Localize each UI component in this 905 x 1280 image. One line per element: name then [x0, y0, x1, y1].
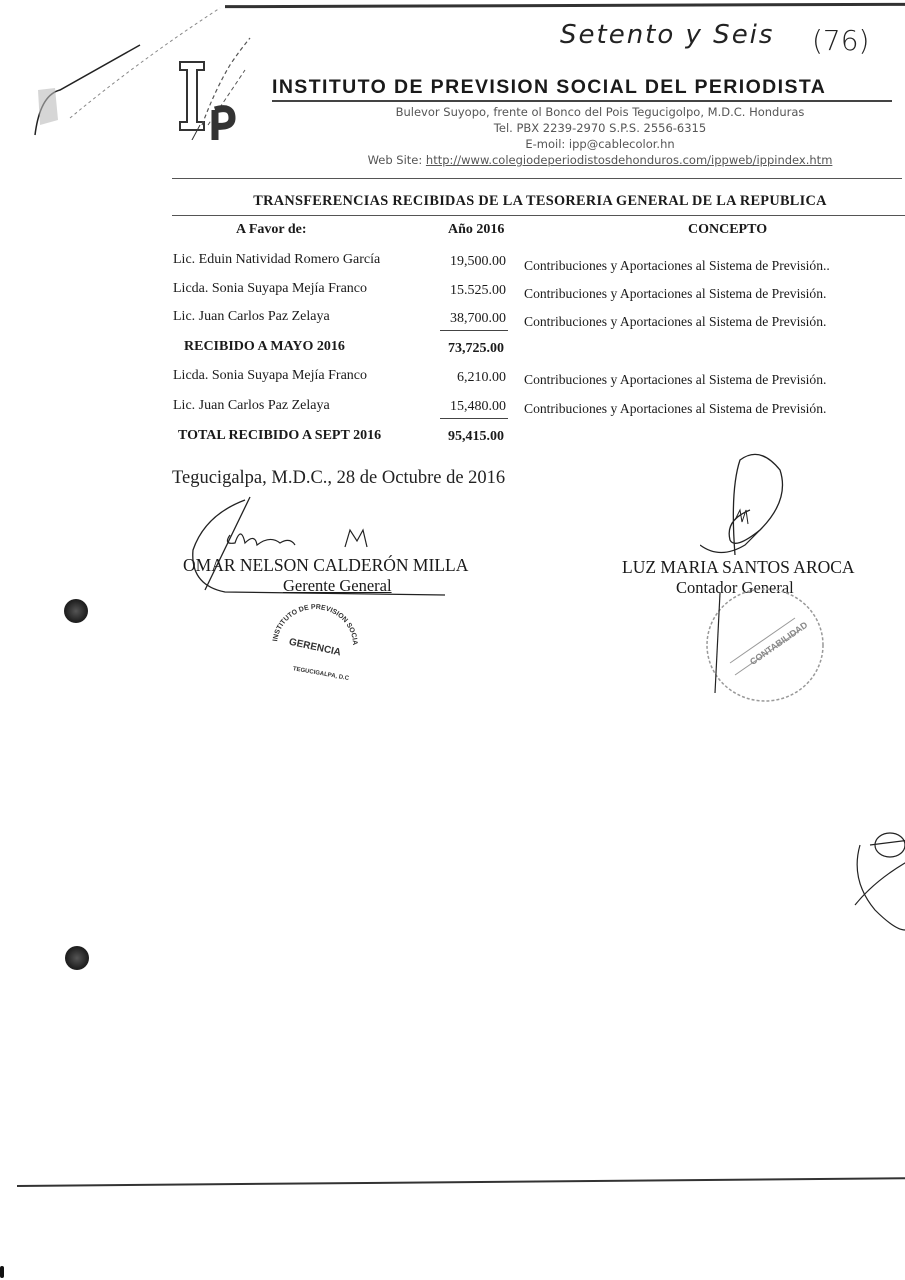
row-concept: Contribuciones y Aportaciones al Sistema…: [524, 314, 826, 330]
header-separator: [172, 178, 902, 179]
binder-hole: [65, 946, 89, 970]
svg-text:INSTITUTO DE PREVISION SOCIAL: INSTITUTO DE PREVISION SOCIAL DEL PERIOD…: [265, 600, 358, 645]
signatory-role-gerente: Gerente General: [283, 576, 392, 596]
row-amount: 19,500.00: [420, 254, 506, 270]
header-rule: [272, 100, 892, 102]
row-amount: 15,480.00: [420, 399, 506, 415]
total-amount: 95,415.00: [448, 429, 534, 445]
stamp-contabilidad: CONTABILIDAD: [700, 583, 830, 708]
row-name: Lic. Juan Carlos Paz Zelaya: [173, 309, 330, 325]
footer-rule: [17, 1177, 905, 1187]
subtotal-rule: [440, 330, 508, 331]
row-name: Licda. Sonia Suyapa Mejía Franco: [173, 281, 367, 297]
scan-mark: [0, 1266, 4, 1278]
stamp-gerencia: INSTITUTO DE PREVISION SOCIAL DEL PERIOD…: [265, 600, 365, 685]
row-name: Lic. Juan Carlos Paz Zelaya: [173, 398, 330, 414]
margin-signature-scribble: [850, 820, 905, 940]
handwritten-folio-number: (76): [812, 24, 869, 57]
row-name: Licda. Sonia Suyapa Mejía Franco: [173, 368, 367, 384]
phone: Tel. PBX 2239-2970 S.P.S. 2556-6315: [300, 121, 900, 135]
institution-name: INSTITUTO DE PREVISION SOCIAL DEL PERIOD…: [272, 76, 826, 99]
column-header-favor: A Favor de:: [236, 222, 307, 238]
svg-text:CONTABILIDAD: CONTABILIDAD: [748, 619, 810, 666]
title-rule: [172, 215, 905, 216]
row-concept: Contribuciones y Aportaciones al Sistema…: [524, 401, 826, 417]
ipp-logo: [170, 30, 270, 140]
address: Bulevor Suyopo, frente ol Bonco del Pois…: [300, 105, 900, 119]
total-label: TOTAL RECIBIDO A SEPT 2016: [178, 428, 381, 444]
website-label: Web Site:: [368, 153, 423, 167]
row-amount: 38,700.00: [420, 311, 506, 327]
handwritten-folio-words: Setento y Seis: [560, 20, 774, 50]
scan-edge-line: [225, 3, 905, 8]
signature-scribble-contador: [700, 450, 800, 560]
subtotal-label: RECIBIDO A MAYO 2016: [184, 339, 345, 355]
signatory-name-gerente: OMAR NELSON CALDERÓN MILLA: [183, 555, 468, 576]
row-concept: Contribuciones y Aportaciones al Sistema…: [524, 372, 826, 388]
column-header-concept: CONCEPTO: [688, 222, 767, 238]
website: Web Site: http://www.colegiodeperiodisto…: [300, 153, 900, 167]
column-header-year: Año 2016: [448, 222, 504, 238]
website-link[interactable]: http://www.colegiodeperiodistosdehonduro…: [426, 153, 832, 167]
svg-text:TEGUCIGALPA, D.C: TEGUCIGALPA, D.C: [292, 666, 350, 682]
signatory-name-contador: LUZ MARIA SANTOS AROCA: [622, 557, 855, 578]
binder-hole: [64, 599, 88, 623]
total-rule: [440, 418, 508, 419]
subtotal-amount: 73,725.00: [448, 341, 534, 357]
row-amount: 15.525.00: [420, 283, 506, 299]
svg-text:GERENCIA: GERENCIA: [288, 637, 342, 659]
row-concept: Contribuciones y Aportaciones al Sistema…: [524, 258, 830, 274]
email: E-moil: ipp@cablecolor.hn: [300, 137, 900, 151]
place-date: Tegucigalpa, M.D.C., 28 de Octubre de 20…: [172, 468, 505, 489]
row-concept: Contribuciones y Aportaciones al Sistema…: [524, 286, 826, 302]
row-name: Lic. Eduin Natividad Romero García: [173, 252, 380, 268]
row-amount: 6,210.00: [420, 370, 506, 386]
document-title: TRANSFERENCIAS RECIBIDAS DE LA TESORERIA…: [170, 193, 905, 210]
